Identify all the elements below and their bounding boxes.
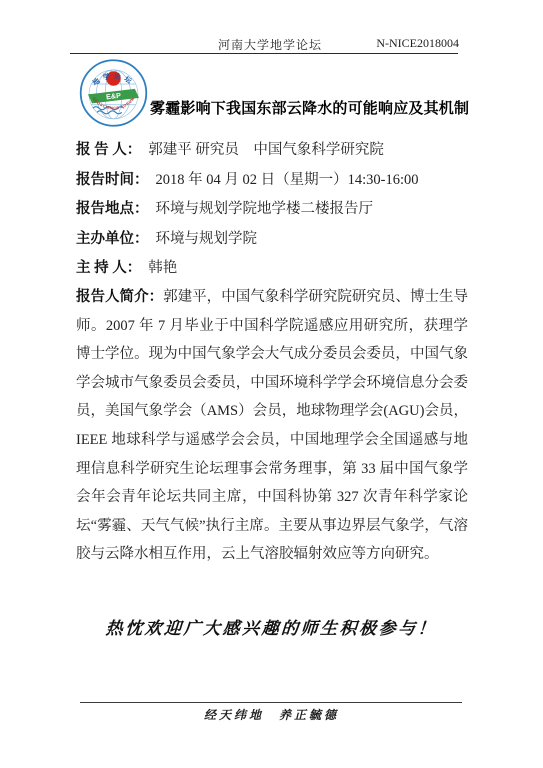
- header-forum-name: 河南大学地学论坛: [120, 36, 420, 53]
- info-label: 报 告 人：: [76, 136, 141, 166]
- seminar-title: 雾霾影响下我国东部云降水的可能响应及其机制: [150, 97, 474, 118]
- bio-text: 郭建平，中国气象科学研究院研究员、博士生导师。2007 年 7 月毕业于中国科学…: [76, 289, 468, 562]
- info-value: 郭建平 研究员 中国气象科学研究院: [148, 136, 384, 166]
- info-row-location: 报告地点： 环境与规划学院地学楼二楼报告厅: [76, 195, 468, 225]
- info-value: 环境与规划学院地学楼二楼报告厅: [156, 195, 374, 225]
- footer-motto: 经天纬地 养正毓德: [0, 706, 543, 723]
- speaker-bio: 报告人简介：郭建平，中国气象科学研究院研究员、博士生导师。2007 年 7 月毕…: [76, 283, 468, 569]
- closing-invitation: 热忱欢迎广大感兴趣的师生积极参与！: [0, 614, 543, 639]
- info-label: 报告地点：: [76, 195, 149, 225]
- info-value: 韩艳: [148, 254, 177, 284]
- info-label: 报告时间：: [76, 166, 149, 196]
- info-value: 环境与规划学院: [156, 225, 258, 255]
- info-row-speaker: 报 告 人： 郭建平 研究员 中国气象科学研究院: [76, 136, 468, 166]
- info-label: 主办单位：: [76, 225, 149, 255]
- info-value: 2018 年 04 月 02 日（星期一）14:30-16:00: [156, 166, 419, 196]
- seminar-announcement-page: 河南大学地学论坛 N-NICE2018004 E&P: [0, 0, 543, 768]
- info-row-organizer: 主办单位： 环境与规划学院: [76, 225, 468, 255]
- footer-divider: [80, 702, 462, 703]
- bio-label: 报告人简介：: [76, 289, 163, 305]
- logo-banner-text: E&P: [106, 91, 122, 102]
- info-row-host: 主 持 人： 韩艳: [76, 254, 468, 284]
- geoscience-forum-logo-icon: E&P 地学论坛 GEOSCIENCE FORUM: [79, 58, 148, 128]
- info-label: 主 持 人：: [76, 254, 141, 284]
- header-divider: [70, 53, 458, 54]
- header-doc-number: N-NICE2018004: [376, 36, 459, 51]
- logo-svg: E&P 地学论坛 GEOSCIENCE FORUM: [79, 58, 148, 128]
- seminar-info-list: 报 告 人： 郭建平 研究员 中国气象科学研究院 报告时间： 2018 年 04…: [76, 136, 468, 284]
- info-row-time: 报告时间： 2018 年 04 月 02 日（星期一）14:30-16:00: [76, 166, 468, 196]
